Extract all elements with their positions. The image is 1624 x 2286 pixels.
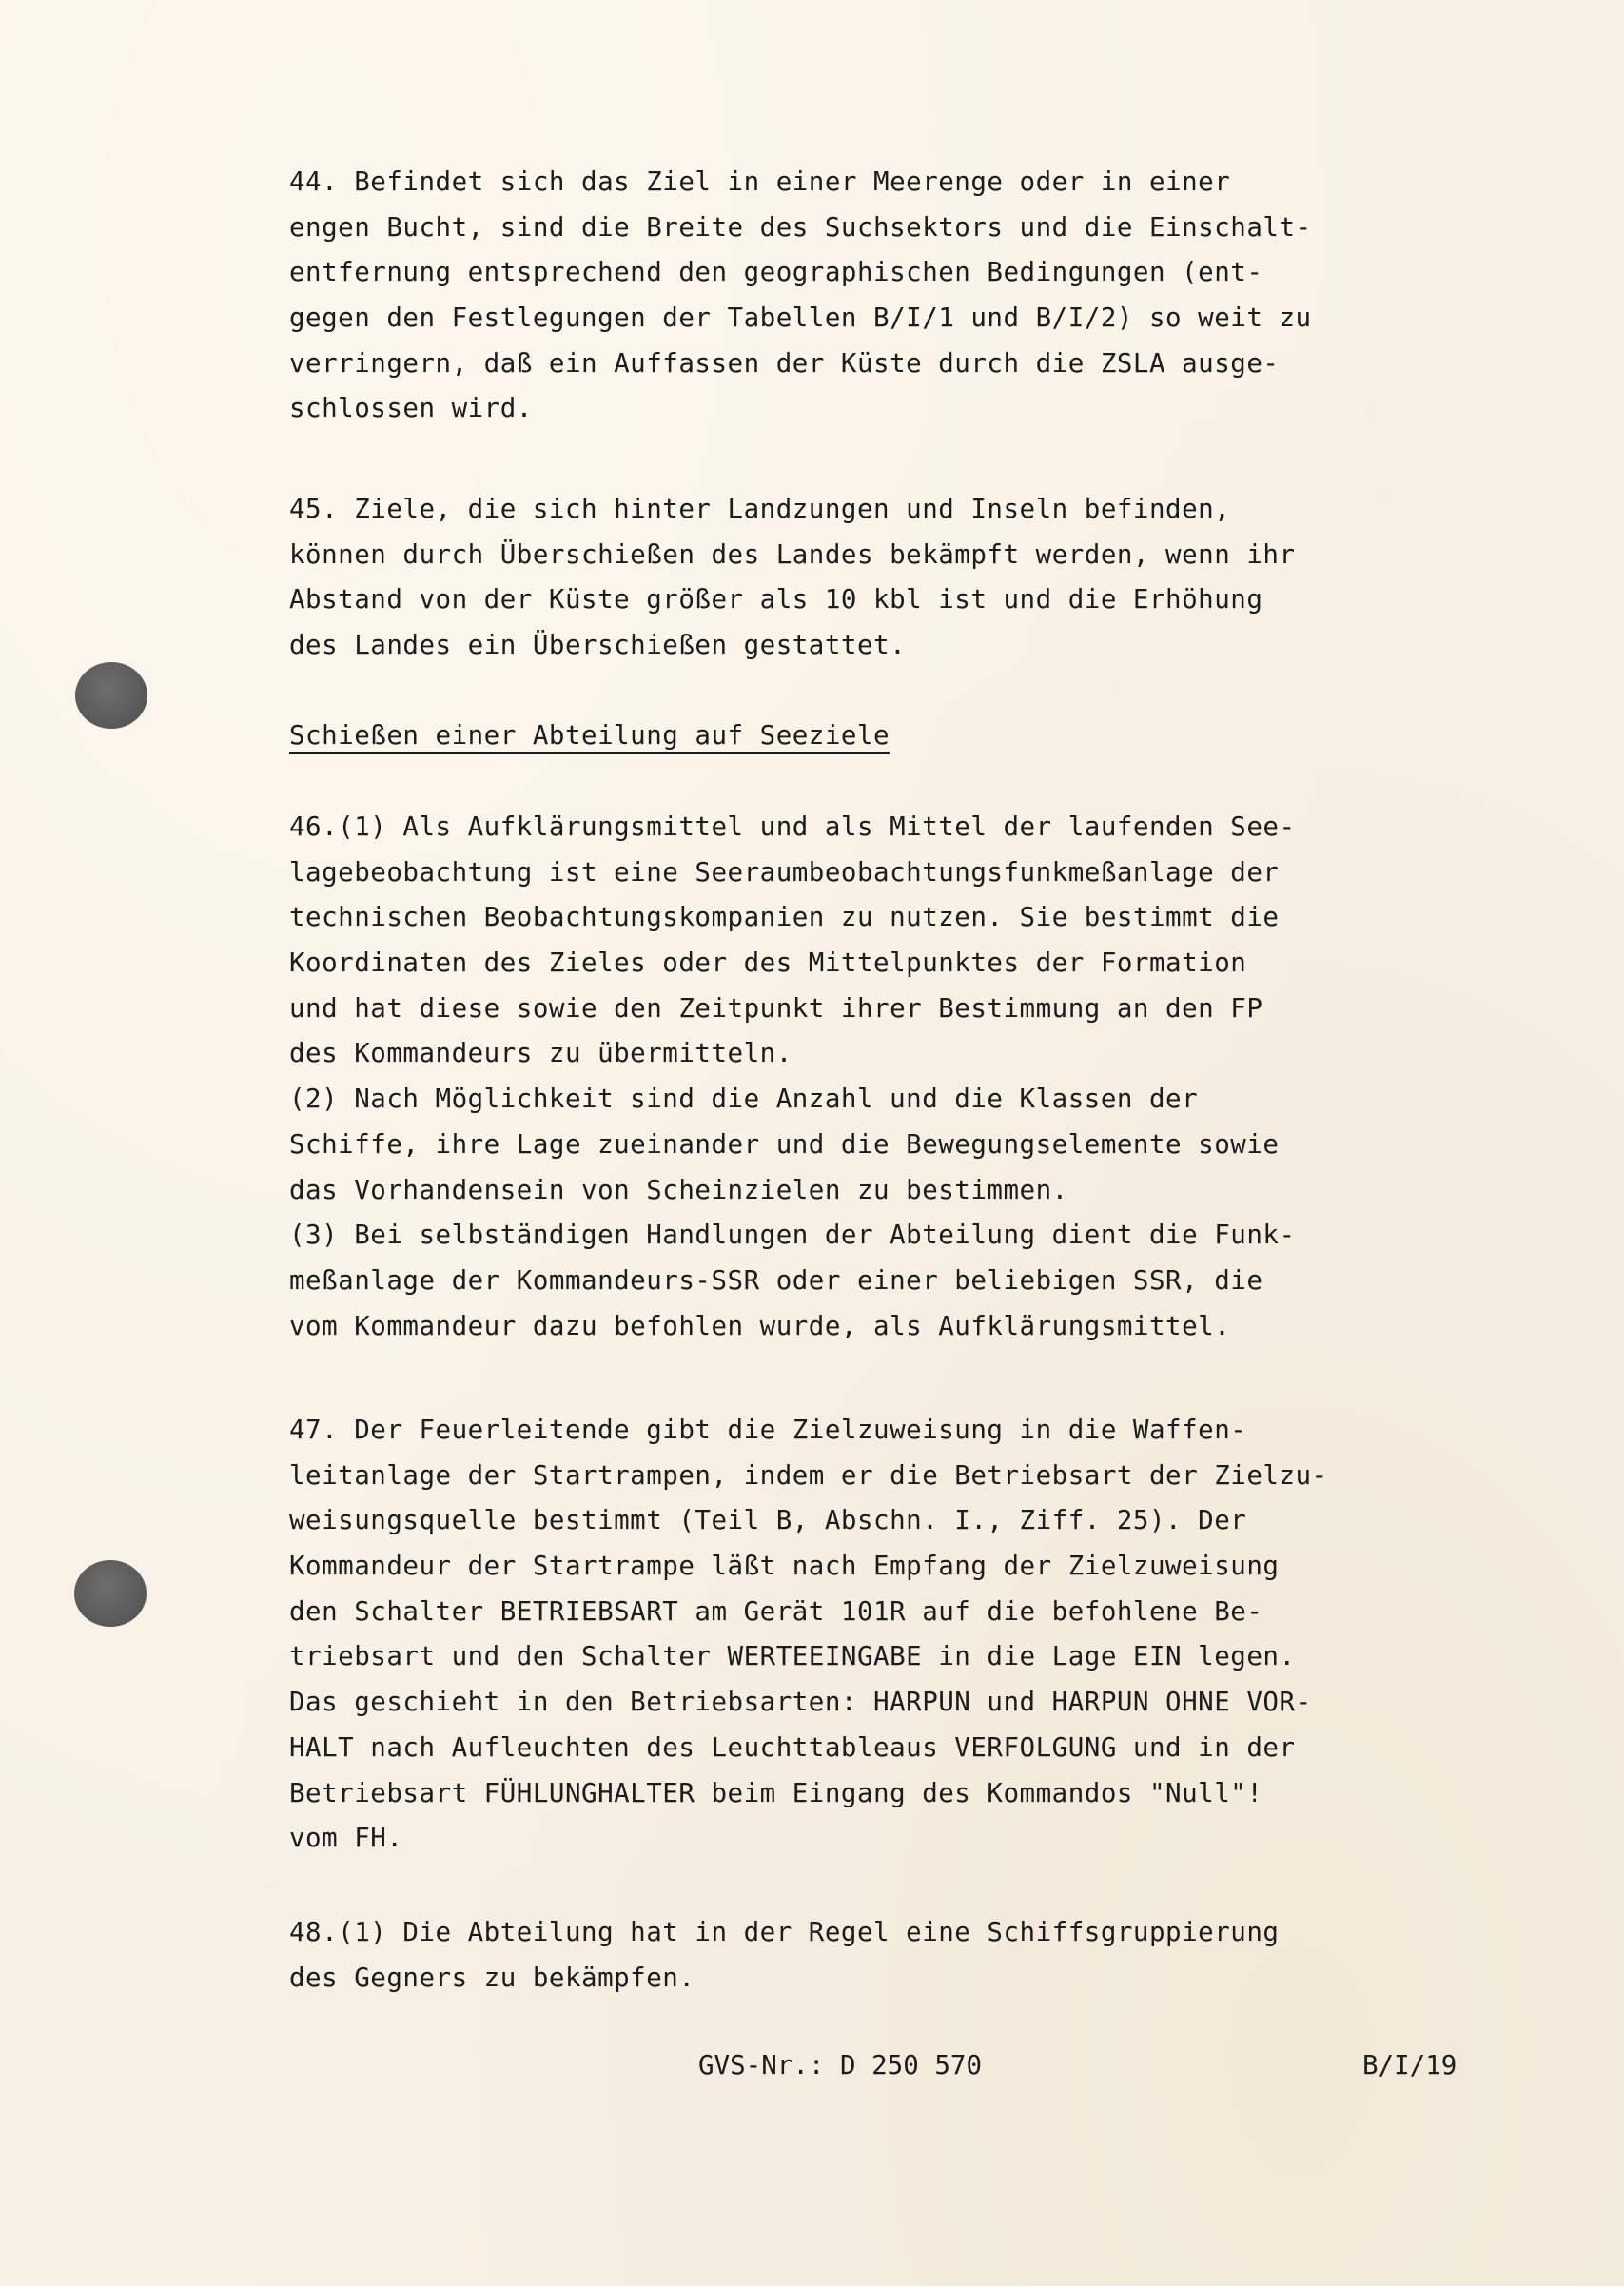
text-line: das Vorhandensein von Scheinzielen zu be… <box>289 1168 1526 1214</box>
text-line: und hat diese sowie den Zeitpunkt ihrer … <box>289 987 1526 1032</box>
text-line: weisungsquelle bestimmt (Teil B, Abschn.… <box>289 1498 1526 1544</box>
punch-hole <box>74 1560 147 1627</box>
paragraph-46: 46.(1) Als Aufklärungsmittel und als Mit… <box>289 805 1526 1349</box>
text-line: Betriebsart FÜHLUNGHALTER beim Eingang d… <box>289 1771 1526 1817</box>
text-line: Das geschieht in den Betriebsarten: HARP… <box>289 1680 1526 1726</box>
paragraph-47: 47. Der Feuerleitende gibt die Zielzuwei… <box>289 1408 1526 1862</box>
text-line: Koordinaten des Zieles oder des Mittelpu… <box>289 941 1526 987</box>
text-line: triebsart und den Schalter WERTEEINGABE … <box>289 1634 1526 1680</box>
heading-text: Schießen einer Abteilung auf Seeziele <box>289 713 1526 759</box>
text-line: 46.(1) Als Aufklärungsmittel und als Mit… <box>289 805 1526 850</box>
text-line: leitanlage der Startrampen, indem er die… <box>289 1454 1526 1499</box>
text-line: lagebeobachtung ist eine Seeraumbeobacht… <box>289 850 1526 896</box>
text-line: 48.(1) Die Abteilung hat in der Regel ei… <box>289 1910 1526 1956</box>
text-line: 47. Der Feuerleitende gibt die Zielzuwei… <box>289 1408 1526 1454</box>
text-line: meßanlage der Kommandeurs-SSR oder einer… <box>289 1259 1526 1304</box>
text-line: HALT nach Aufleuchten des Leuchttableaus… <box>289 1726 1526 1771</box>
text-line: des Landes ein Überschießen gestattet. <box>289 623 1526 669</box>
text-line: engen Bucht, sind die Breite des Suchsek… <box>289 205 1526 251</box>
text-line: des Kommandeurs zu übermitteln. <box>289 1031 1526 1077</box>
text-line: technischen Beobachtungskompanien zu nut… <box>289 895 1526 941</box>
text-line: des Gegners zu bekämpfen. <box>289 1956 1526 2002</box>
text-line: 45. Ziele, die sich hinter Landzungen un… <box>289 487 1526 533</box>
text-line: (3) Bei selbständigen Handlungen der Abt… <box>289 1213 1526 1259</box>
text-line: entfernung entsprechend den geographisch… <box>289 250 1526 296</box>
text-line: den Schalter BETRIEBSART am Gerät 101R a… <box>289 1590 1526 1635</box>
text-line: Schiffe, ihre Lage zueinander und die Be… <box>289 1123 1526 1168</box>
text-line: (2) Nach Möglichkeit sind die Anzahl und… <box>289 1077 1526 1123</box>
page-footer: GVS-Nr.: D 250 570 B/I/19 <box>0 2050 1624 2088</box>
paragraph-48: 48.(1) Die Abteilung hat in der Regel ei… <box>289 1910 1526 2001</box>
text-line: verringern, daß ein Auffassen der Küste … <box>289 342 1526 387</box>
page-reference: B/I/19 <box>1362 2050 1457 2081</box>
paragraph-44: 44. Befindet sich das Ziel in einer Meer… <box>289 160 1526 432</box>
punch-hole <box>75 662 147 729</box>
text-line: Abstand von der Küste größer als 10 kbl … <box>289 577 1526 623</box>
text-line: vom Kommandeur dazu befohlen wurde, als … <box>289 1304 1526 1350</box>
text-line: schlossen wird. <box>289 386 1526 432</box>
section-heading: Schießen einer Abteilung auf Seeziele <box>289 713 1526 759</box>
text-line: gegen den Festlegungen der Tabellen B/I/… <box>289 296 1526 342</box>
gvs-number: GVS-Nr.: D 250 570 <box>698 2050 982 2081</box>
text-line: vom FH. <box>289 1816 1526 1862</box>
text-line: Kommandeur der Startrampe läßt nach Empf… <box>289 1544 1526 1590</box>
paragraph-45: 45. Ziele, die sich hinter Landzungen un… <box>289 487 1526 669</box>
document-page: 44. Befindet sich das Ziel in einer Meer… <box>0 0 1624 2286</box>
text-line: können durch Überschießen des Landes bek… <box>289 533 1526 578</box>
text-line: 44. Befindet sich das Ziel in einer Meer… <box>289 160 1526 205</box>
